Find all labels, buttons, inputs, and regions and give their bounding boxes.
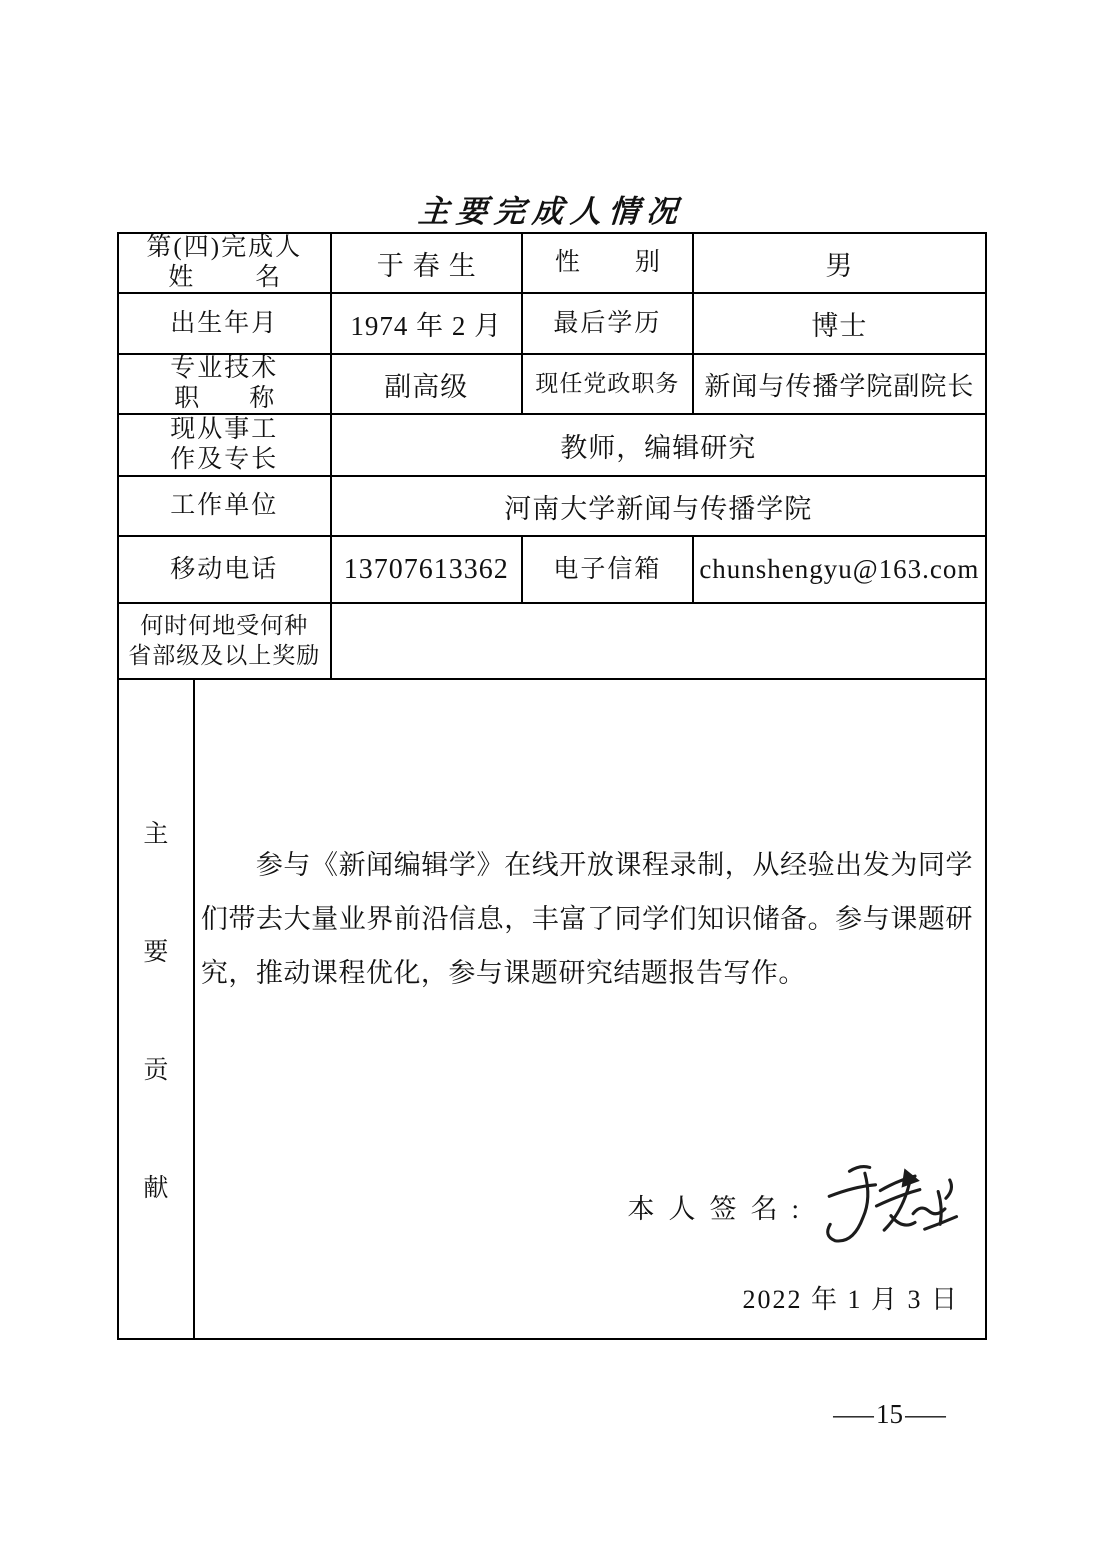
- table-row: 现从事工 作及专长 教师，编辑研究: [119, 415, 985, 477]
- page-number-value: 15: [876, 1399, 903, 1430]
- work-unit-label: 工作单位: [119, 477, 332, 535]
- position-value: 新闻与传播学院副院长: [694, 355, 985, 413]
- awards-label-cell: 何时何地受何种 省部级及以上奖励: [119, 604, 332, 678]
- table-row: 移动电话 13707613362 电子信箱 chunshengyu@163.co…: [119, 537, 985, 604]
- name-label-cell: 第(四)完成人 姓 名: [119, 234, 332, 292]
- page-title: 主要完成人情况: [0, 186, 1103, 231]
- name-label-line1: 第(四)完成人: [146, 233, 302, 263]
- contribution-section: 主 要 贡 献 参与《新闻编辑学》在线开放课程录制，从经验出发为同学们带去大量业…: [119, 680, 985, 1338]
- contribution-label: 主 要 贡 献: [119, 680, 195, 1338]
- phone-label: 移动电话: [119, 537, 332, 602]
- awards-label-line1: 何时何地受何种: [140, 611, 308, 641]
- position-label: 现任党政职务: [523, 355, 694, 413]
- prof-title-label-line1: 专业技术: [170, 354, 278, 384]
- gender-label-cell: 性 别: [523, 234, 694, 292]
- email-label: 电子信箱: [523, 537, 694, 602]
- table-row: 何时何地受何种 省部级及以上奖励: [119, 604, 985, 680]
- page-number: — 15 —: [840, 1399, 939, 1430]
- gender-value: 男: [694, 234, 985, 292]
- table-row: 工作单位 河南大学新闻与传播学院: [119, 477, 985, 537]
- education-value: 博士: [694, 294, 985, 353]
- table-row: 专业技术 职 称 副高级 现任党政职务 新闻与传播学院副院长: [119, 355, 985, 415]
- signature-row: 本人签名:: [627, 1152, 963, 1260]
- name-value: 于春生: [332, 234, 524, 292]
- contribution-body: 参与《新闻编辑学》在线开放课程录制，从经验出发为同学们带去大量业界前沿信息，丰富…: [195, 680, 985, 1338]
- gender-label: 性 别: [555, 248, 660, 278]
- table-row: 第(四)完成人 姓 名 于春生 性 别 男: [119, 234, 985, 294]
- work-specialty-label-cell: 现从事工 作及专长: [119, 415, 332, 475]
- prof-title-label-cell: 专业技术 职 称: [119, 355, 332, 413]
- signature-label: 本人签名:: [627, 1187, 813, 1226]
- work-unit-value: 河南大学新闻与传播学院: [332, 477, 985, 535]
- email-value: chunshengyu@163.com: [694, 537, 985, 602]
- completer-info-table: 第(四)完成人 姓 名 于春生 性 别 男 出生年月 1974 年 2 月 最后…: [117, 232, 987, 1340]
- prof-title-value: 副高级: [332, 355, 524, 413]
- page-number-dash-left: —: [833, 1399, 874, 1430]
- work-specialty-label-line1: 现从事工: [170, 415, 278, 445]
- name-label-line2: 姓 名: [168, 263, 280, 293]
- birth-value: 1974 年 2 月: [332, 294, 524, 353]
- awards-label-line2: 省部级及以上奖励: [128, 641, 320, 671]
- awards-value: [332, 604, 985, 678]
- birth-label: 出生年月: [119, 294, 332, 353]
- work-specialty-value: 教师，编辑研究: [332, 415, 985, 475]
- contribution-text: 参与《新闻编辑学》在线开放课程录制，从经验出发为同学们带去大量业界前沿信息，丰富…: [201, 838, 973, 1000]
- signature-handwriting-icon: [815, 1152, 963, 1260]
- table-row: 出生年月 1974 年 2 月 最后学历 博士: [119, 294, 985, 355]
- signature-date: 2022 年 1 月 3 日: [742, 1279, 959, 1316]
- page-number-dash-right: —: [905, 1399, 946, 1430]
- work-specialty-label-line2: 作及专长: [170, 445, 278, 475]
- prof-title-label-line2: 职 称: [174, 384, 274, 414]
- phone-value: 13707613362: [332, 537, 524, 602]
- education-label: 最后学历: [523, 294, 694, 353]
- document-page: 主要完成人情况 第(四)完成人 姓 名 于春生 性 别 男 出生年月: [0, 0, 1103, 1559]
